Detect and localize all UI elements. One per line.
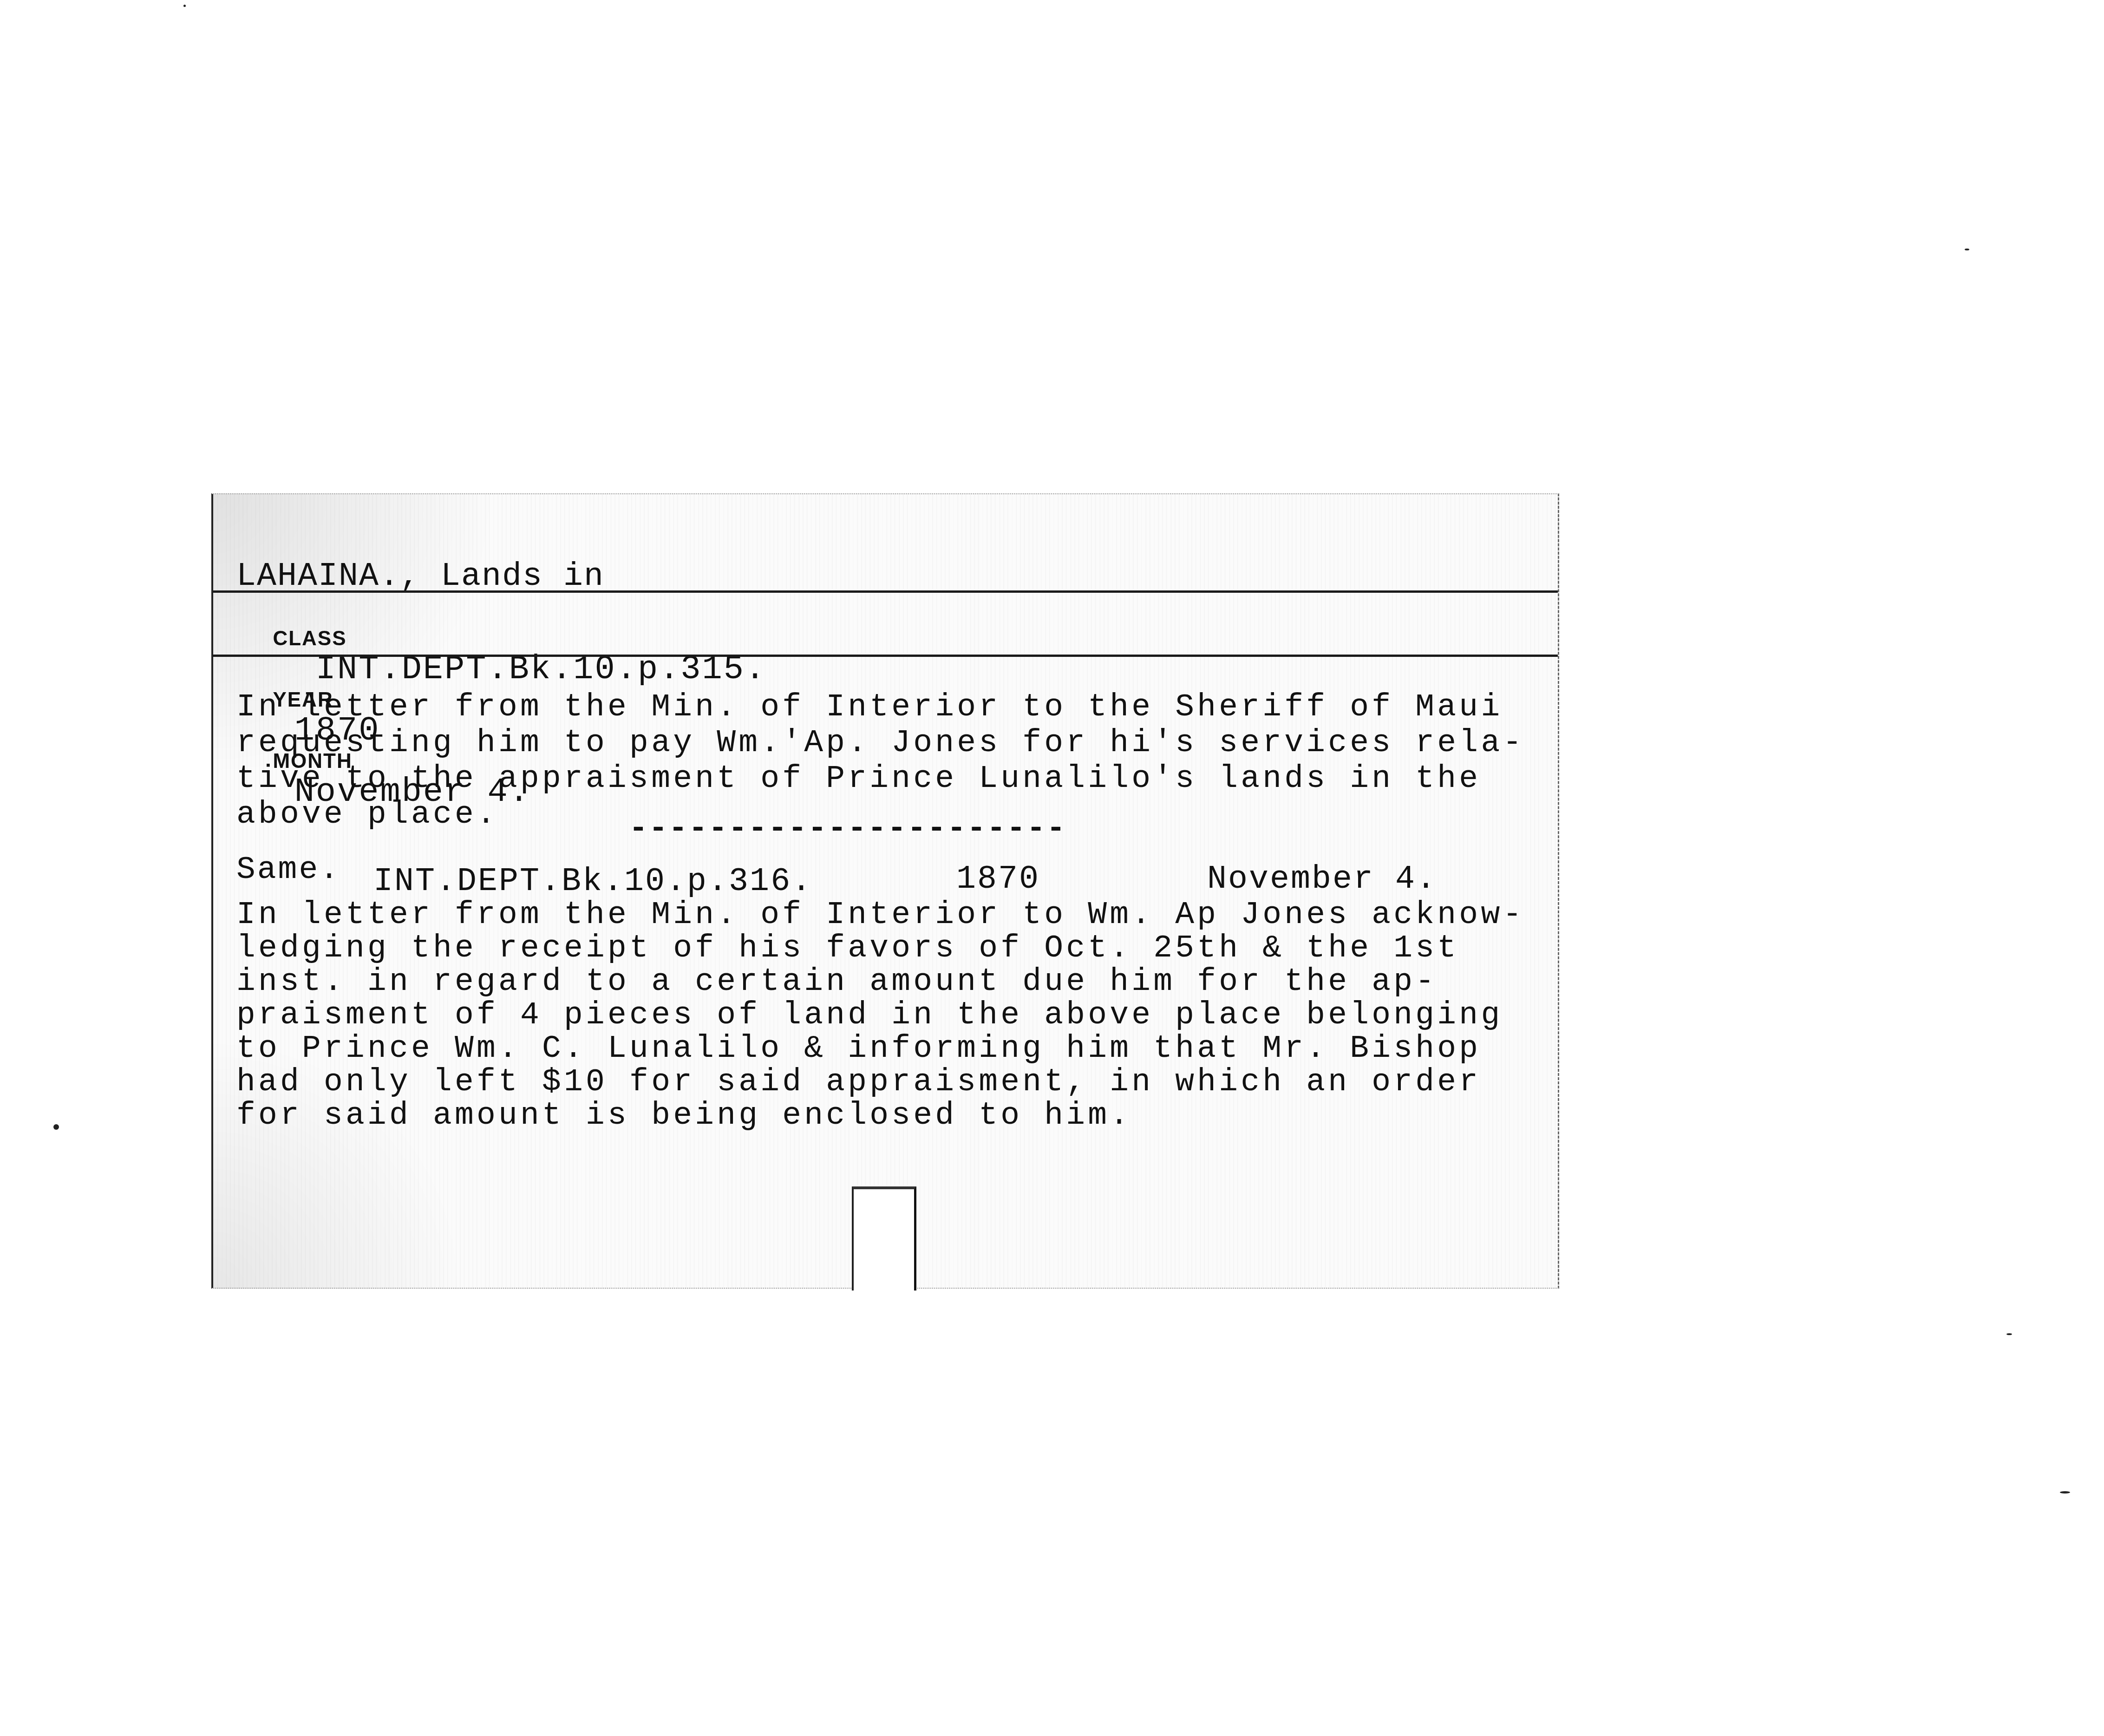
entry-2-line: for said amount is being enclosed to him… <box>236 1099 1524 1133</box>
scan-speck <box>183 5 186 7</box>
entry-2-line: In letter from the Min. of Interior to W… <box>236 898 1524 932</box>
entry-2-line: praisment of 4 pieces of land in the abo… <box>236 999 1524 1032</box>
class-label: CLASS <box>273 627 346 650</box>
entry-2-line: to Prince Wm. C. Lunalilo & informing hi… <box>236 1032 1524 1066</box>
entry-2-month: November 4. <box>1207 861 1437 898</box>
entry-2-line: inst. in regard to a certain amount due … <box>236 965 1524 999</box>
scan-speck <box>2006 1333 2012 1335</box>
entry-2-prefix: Same. <box>236 852 340 888</box>
entry-1-line: requesting him to pay Wm.'Ap. Jones for … <box>236 725 1524 761</box>
entry-2-line: ledging the receipt of his favors of Oct… <box>236 932 1524 965</box>
heading-rule <box>213 590 1558 593</box>
scan-speck <box>53 1124 59 1130</box>
entry-1-line: In letter from the Min. of Interior to t… <box>236 689 1524 725</box>
entry-2-year: 1870 <box>956 861 1040 898</box>
entry-2-line: had only left $10 for said appraisment, … <box>236 1066 1524 1099</box>
entry-2-reference: INT.DEPT.Bk.10.p.316. <box>373 864 812 900</box>
index-card: LAHAINA., Lands in CLASS INT.DEPT.Bk.10.… <box>211 493 1559 1289</box>
entry-1-line: tive to the appraisment of Prince Lunali… <box>236 761 1524 797</box>
scan-speck <box>2060 1491 2070 1494</box>
class-rule <box>213 655 1558 657</box>
entry-separator: ---------------------- <box>629 811 1066 847</box>
card-rod-notch <box>852 1186 916 1291</box>
card-heading: LAHAINA., Lands in <box>236 558 604 595</box>
entry-2-text: In letter from the Min. of Interior to W… <box>236 898 1524 1133</box>
scan-speck <box>1965 249 1969 250</box>
